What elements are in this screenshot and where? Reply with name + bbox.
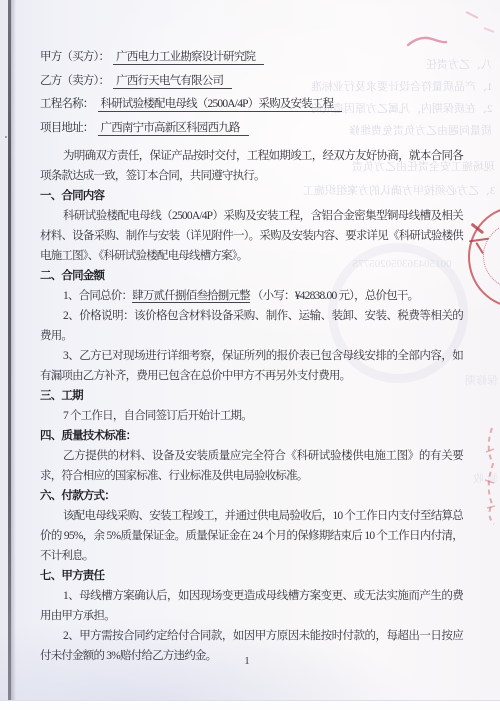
project-name-row: 工程名称：科研试验楼配电母线（2500A/4P）采购及安装工程: [40, 93, 466, 117]
total-price-in-figures: （小写：¥42838.00 元），总价包干。: [250, 290, 418, 302]
party-a-label: 甲方（买方）：: [40, 51, 109, 63]
paragraph: 乙方提供的材料、设备及安装质量应完全符合《科研试验楼供电施工图》的有关要求，符合…: [40, 446, 463, 486]
section-heading-3: 三、工期: [40, 386, 463, 406]
party-b-row: 乙方（卖方）：广西行天电气有限公司: [40, 70, 466, 94]
section-heading-6: 六、付款方式：: [40, 486, 463, 506]
project-address-value: 广西南宁市高新区科园西九路: [98, 122, 249, 136]
project-name-label: 工程名称：: [40, 98, 94, 110]
contract-body: 为明确双方责任，保证产品按时交付，工程如期竣工，经双方友好协商，就本合同各项条款…: [40, 146, 463, 666]
bleedthrough-line: 保修期: [465, 372, 498, 388]
scan-bottom-edge: [0, 700, 500, 710]
scan-speck: [5, 136, 7, 138]
total-price-prefix: 1、合同总价：: [63, 290, 132, 302]
project-name-value: 科研试验楼配电母线（2500A/4P）采购及安装工程: [98, 98, 343, 112]
section-heading-4: 四、质量技术标准：: [40, 426, 463, 446]
paragraph: 该配电母线采购、安装工程竣工，并通过供电局验收后，10 个工作日内支付至结算总价…: [40, 506, 463, 566]
preamble: 为明确双方责任，保证产品按时交付，工程如期竣工，经双方友好协商，就本合同各项条款…: [40, 146, 463, 186]
paragraph: 3、乙方已对现场进行详细考察，保证所列的报价表已包含母线安排的全部内容，如有漏项…: [40, 346, 463, 386]
scanned-contract-page: 八、乙方责任 1、产品质量符合设计要求及行业标准 2、在质保期内，凡属乙方原因造…: [0, 0, 500, 710]
bleedthrough-line: 验 收: [473, 470, 498, 486]
project-address-row: 项目地址：广西南宁市高新区科园西九路: [40, 117, 466, 141]
scan-left-edge-shadow: [11, 0, 16, 701]
paragraph: 科研试验楼配电母线（2500A/4P）采购及安装工程，含铝合金密集型铜母线槽及相…: [40, 206, 463, 266]
section-heading-7: 七、甲方责任: [40, 566, 463, 586]
section-heading-2: 二、合同金额: [40, 266, 463, 286]
section-heading-1: 一、合同内容: [40, 186, 463, 206]
party-b-label: 乙方（卖方）：: [40, 75, 109, 87]
project-address-label: 项目地址：: [40, 122, 94, 134]
total-price-in-words: 肆万贰仟捌佰叁拾捌元整: [132, 290, 250, 303]
party-b-value: 广西行天电气有限公司: [113, 75, 232, 89]
paragraph: 1、母线槽方案确认后，如因现场变更造成母线槽方案变更、或无法实施而产生的费用由甲…: [40, 586, 463, 626]
paragraph: 7 个工作日，自合同签订后开始计工期。: [40, 406, 463, 426]
party-a-value: 广西电力工业勘察设计研究院: [113, 51, 264, 65]
total-price-clause: 1、合同总价：肆万贰仟捌佰叁拾捌元整 （小写：¥42838.00 元），总价包干…: [40, 286, 463, 306]
party-a-row: 甲方（买方）：广西电力工业勘察设计研究院: [40, 46, 466, 70]
paragraph: 2、价格说明：该价格包含材料设备采购、制作、运输、装卸、安装、税费等相关的费用。: [40, 306, 463, 346]
contract-header-fields: 甲方（买方）：广西电力工业勘察设计研究院 乙方（卖方）：广西行天电气有限公司 工…: [40, 46, 466, 140]
page-number: 1: [0, 655, 494, 667]
